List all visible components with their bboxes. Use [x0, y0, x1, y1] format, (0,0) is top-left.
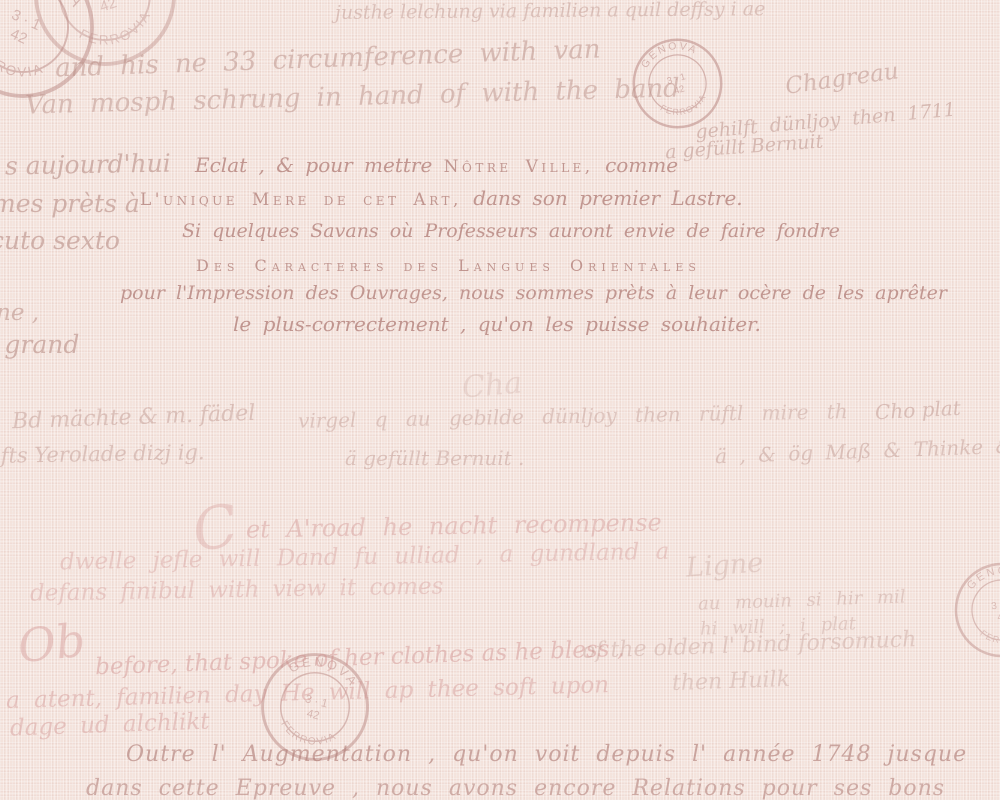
printed-part-caps: L'unique Mere de cet Art,: [140, 190, 462, 210]
printed-part: comme: [594, 153, 678, 177]
script-fragment: mes prèts à: [0, 189, 140, 218]
script-fragment: ä gefüllt Bernuit .: [345, 446, 524, 470]
script-line: and his ne 33 circumference with van: [55, 34, 601, 83]
script-fragment: Cho plat: [874, 396, 961, 424]
script-line: ä , & ög Maß & Thinke & L ig: [715, 432, 1000, 468]
printed-line: Eclat , & pour mettre Nôtre Ville, comme: [195, 153, 678, 177]
script-fragment: s aujourd'hui: [5, 149, 171, 181]
script-line: ifts Yerolade dizj ig.: [0, 440, 205, 468]
printed-part: dans son premier Lastre.: [462, 186, 743, 210]
script-line: justhe lelchung via familien a quil deff…: [335, 0, 766, 24]
printed-line: Des Caracteres des Langues Orientales: [196, 256, 701, 275]
script-line: Chagreau: [784, 58, 900, 100]
postmark-stamp: [619, 25, 737, 143]
script-fragment: hi will ; i plat: [700, 613, 857, 639]
script-line: virgel q au gebilde dünljoy then rüftl m…: [298, 399, 848, 433]
script-flourish: C: [187, 491, 243, 566]
postmark-stamp: [246, 638, 384, 776]
printed-script-line: Outre l' Augmentation , qu'on voit depui…: [126, 742, 967, 767]
printed-part-caps: Nôtre Ville,: [444, 157, 594, 177]
printed-line: le plus-correctement , qu'on les puisse …: [233, 312, 761, 336]
script-line: Van mosph schrung in hand of with the ba…: [25, 73, 680, 120]
script-flourish: Ligne: [685, 547, 764, 583]
script-line: dwelle jefle will Dand fu ulliad , a gun…: [60, 539, 670, 576]
script-line: defans finibul with view it comes: [30, 573, 444, 606]
script-line: gehilft dünljoy then 1711: [695, 99, 957, 144]
script-fragment: - grand: [0, 330, 79, 359]
script-fragment: cuto sexto: [0, 226, 120, 255]
script-fragment: au mouin si hir mil: [698, 586, 906, 614]
printed-line: pour l'Impression des Ouvrages, nous som…: [120, 282, 947, 304]
script-line: a gefüllt Bernuit: [664, 131, 824, 164]
postmark-stamp: [10, 0, 199, 90]
script-line: of the olden l' bind forsomuch: [582, 627, 917, 664]
wallpaper-canvas: GENOVA FERROVIA 3 · 1 42 justhe lelchung…: [0, 0, 1000, 800]
script-line: a atent, familien day He will ap thee so…: [6, 672, 610, 714]
printed-script-line: dans cette Epreuve , nous avons encore R…: [86, 776, 945, 800]
script-fragment: then Huilk: [672, 667, 791, 696]
script-line: Bd mächte & m. fädel: [12, 401, 256, 434]
script-line: before, that spoke of her clothes as he …: [95, 636, 625, 680]
script-fragment: ne ,: [0, 300, 39, 326]
postmark-stamp: [0, 0, 122, 126]
printed-part: Eclat , & pour mettre: [195, 153, 444, 177]
printed-line: L'unique Mere de cet Art, dans son premi…: [140, 186, 743, 210]
script-flourish: Cha: [461, 365, 524, 405]
postmark-stamp: [946, 554, 1000, 667]
script-flourish: Ob: [15, 613, 87, 674]
script-fragment: dage ud alchlikt: [10, 709, 210, 742]
script-line: et A'road he nacht recompense: [246, 508, 662, 543]
printed-line: Si quelques Savans où Professeurs auront…: [182, 220, 840, 242]
